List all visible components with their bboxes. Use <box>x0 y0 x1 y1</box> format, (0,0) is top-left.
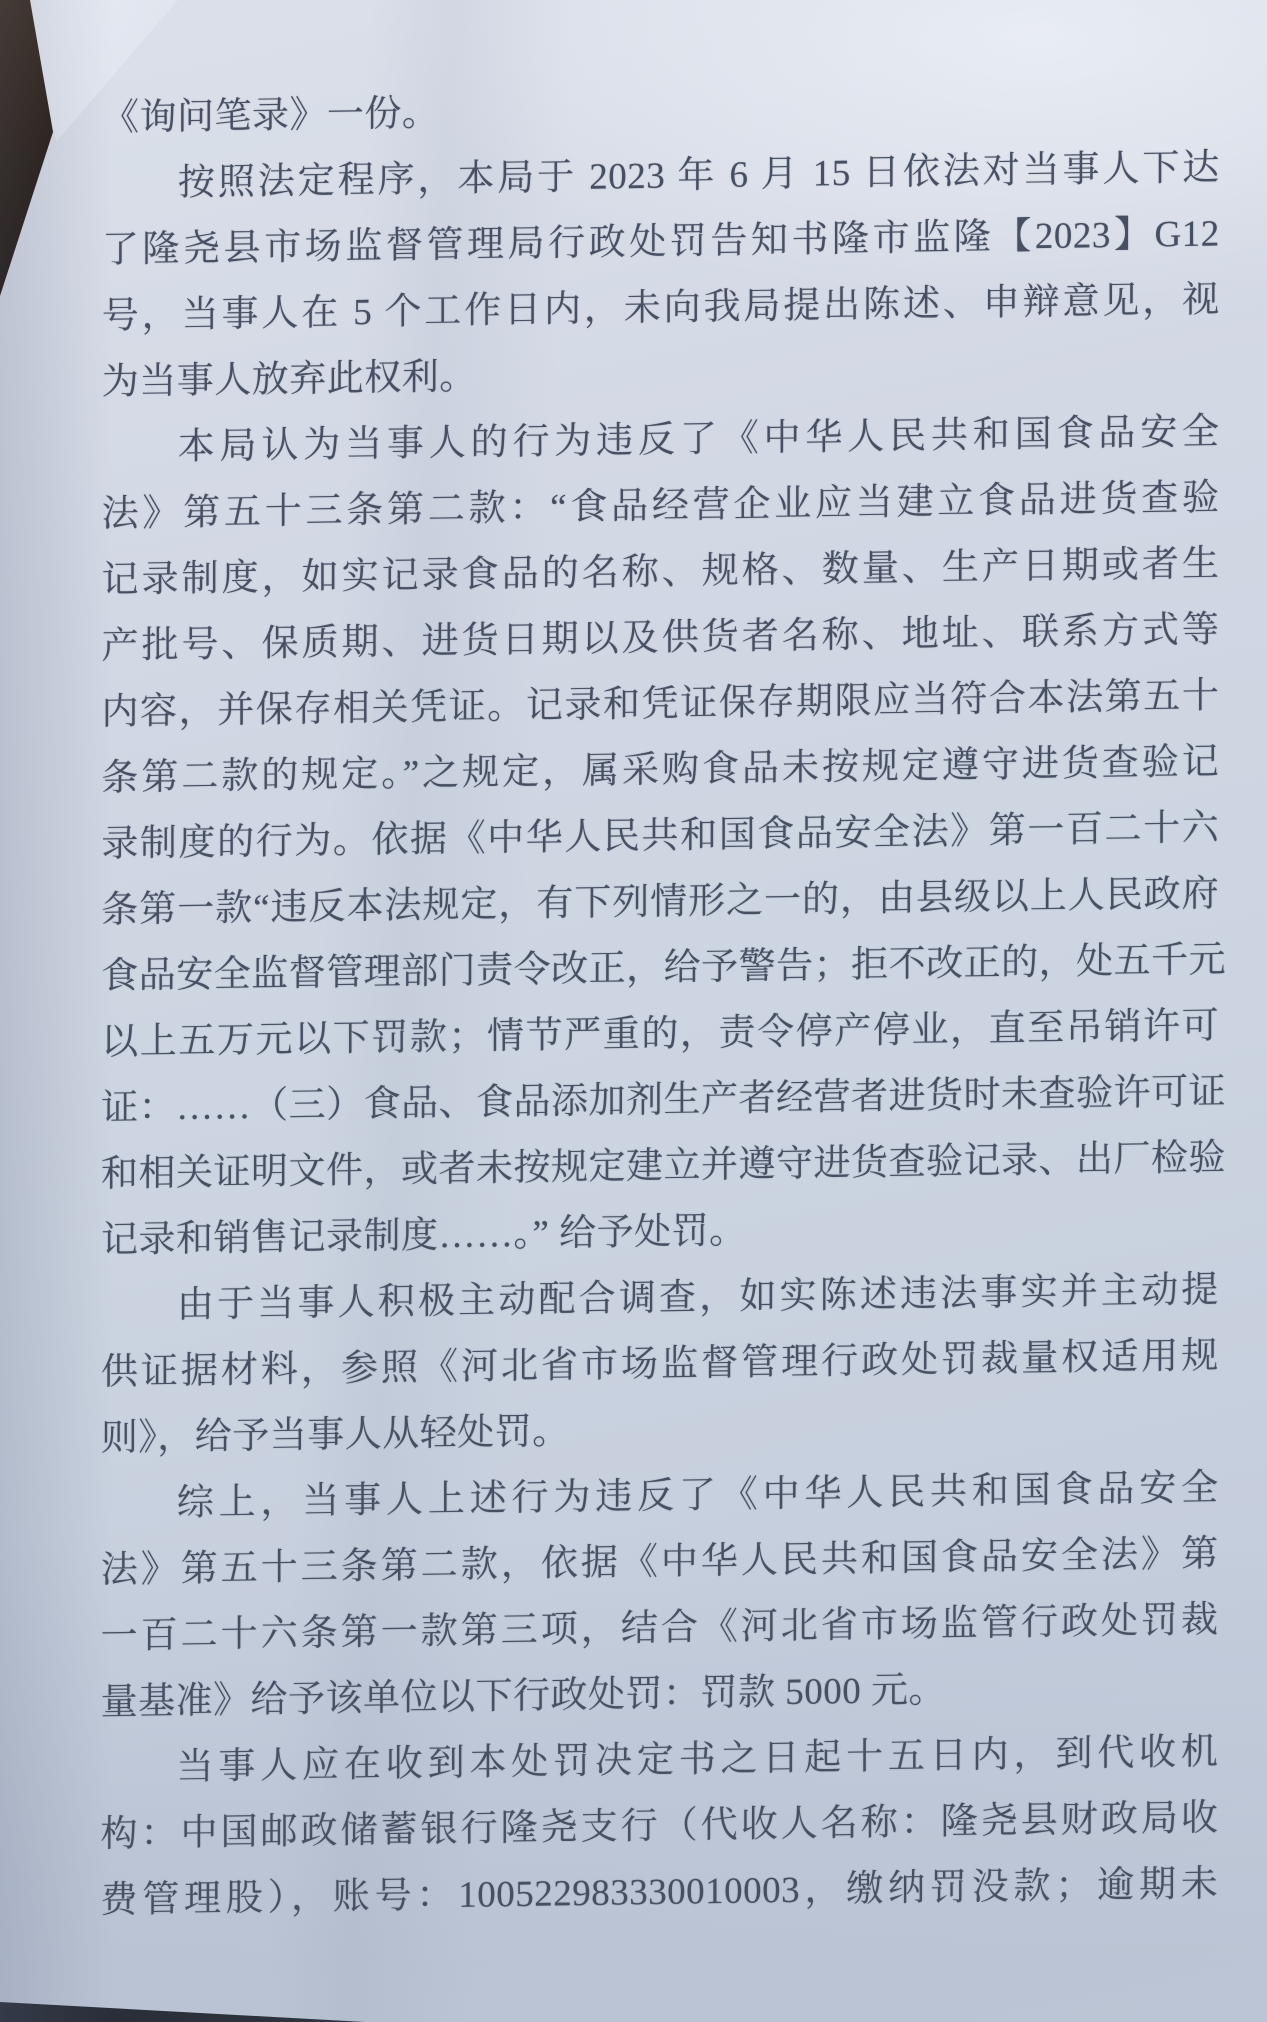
penalty-decision-text: 《询问笔录》一份。按照法定程序，本局于 2023 年 6 月 15 日依法对当事… <box>100 69 1219 1934</box>
document-photo: 《询问笔录》一份。按照法定程序，本局于 2023 年 6 月 15 日依法对当事… <box>0 0 1267 2022</box>
table-surface-bottom-left <box>0 1994 365 2022</box>
